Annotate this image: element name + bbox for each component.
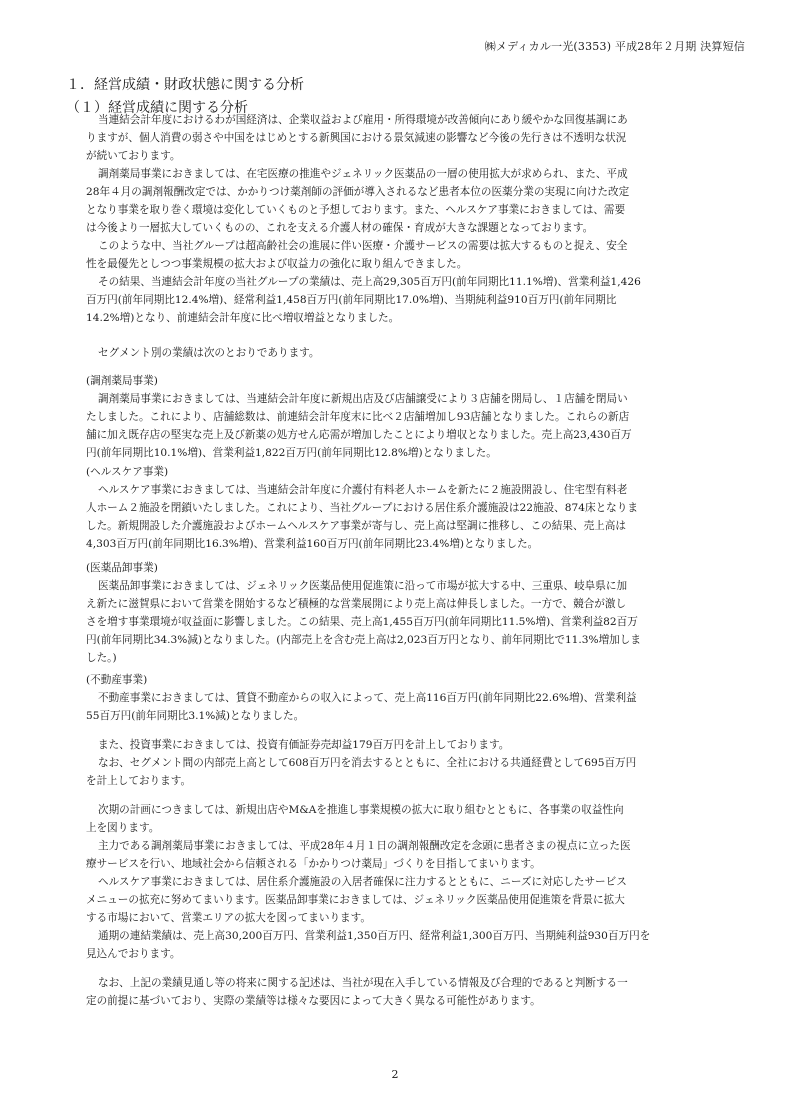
body-line: (不動産事業) xyxy=(86,673,726,687)
body-line: なお、セグメント間の内部売上高として608百万円を消去するとともに、全社における… xyxy=(98,756,738,770)
page-number: 2 xyxy=(0,1068,790,1081)
document-header: ㈱メディカル一光(3353) 平成28年２月期 決算短信 xyxy=(485,38,745,54)
body-line: メニューの拡充に努めてまいります。医薬品卸事業におきましては、ジェネリック医薬品… xyxy=(86,893,726,907)
body-line: さを増す事業環境が収益面に影響しました。この結果、売上高1,455百万円(前年同… xyxy=(86,615,726,629)
body-line: 百万円(前年同期比12.4%増)、経常利益1,458百万円(前年同期比17.0%… xyxy=(86,293,726,307)
body-line: 医薬品卸事業におきましては、ジェネリック医薬品使用促進策に沿って市場が拡大する中… xyxy=(98,579,738,593)
body-line: 通期の連結業績は、売上高30,200百万円、営業利益1,350百万円、経常利益1… xyxy=(98,929,738,943)
body-line: した。) xyxy=(86,651,726,665)
body-line: 人ホーム２施設を閉鎖いたしました。これにより、当社グループにおける居住系介護施設… xyxy=(86,501,726,515)
body-line: となり事業を取り巻く環境は変化していくものと予想しております。また、ヘルスケア事… xyxy=(86,203,726,217)
body-line: ヘルスケア事業におきましては、当連結会計年度に介護付有料老人ホームを新たに２施設… xyxy=(98,483,738,497)
body-line: 14.2%増)となり、前連結会計年度に比べ増収増益となりました。 xyxy=(86,311,726,325)
body-line: 28年４月の調剤報酬改定では、かかりつけ薬剤師の評価が導入されるなど患者本位の医… xyxy=(86,185,726,199)
body-line: 当連結会計年度におけるわが国経済は、企業収益および雇用・所得環境が改善傾向にあり… xyxy=(98,113,738,127)
body-line: 次期の計画につきましては、新規出店やM&Aを推進し事業規模の拡大に取り組むととも… xyxy=(98,803,738,817)
body-line: が続いております。 xyxy=(86,149,726,163)
body-line: また、投資事業におきましては、投資有価証券売却益179百万円を計上しております。 xyxy=(98,738,738,752)
body-line: たしました。これにより、店舗総数は、前連結会計年度末に比べ２店舗増加し93店舗と… xyxy=(86,410,726,424)
body-line: りますが、個人消費の弱さや中国をはじめとする新興国における景気減速の影響など今後… xyxy=(86,131,726,145)
body-line: (医薬品卸事業) xyxy=(86,561,726,575)
body-line: 不動産事業におきましては、賃貸不動産からの収入によって、売上高116百万円(前年… xyxy=(98,691,738,705)
body-line: 性を最優先としつつ事業規模の拡大および収益力の強化に取り組んできました。 xyxy=(86,257,726,271)
body-line: は今後より一層拡大していくものの、これを支える介護人材の確保・育成が大きな課題と… xyxy=(86,221,726,235)
body-line: 55百万円(前年同期比3.1%減)となりました。 xyxy=(86,709,726,723)
body-line: (調剤薬局事業) xyxy=(86,374,726,388)
body-line: その結果、当連結会計年度の当社グループの業績は、売上高29,305百万円(前年同… xyxy=(98,275,738,289)
body-line: 円(前年同期比10.1%増)、営業利益1,822百万円(前年同期比12.8%増)… xyxy=(86,446,726,460)
body-line: を計上しております。 xyxy=(86,774,726,788)
body-line: ヘルスケア事業におきましては、居住系介護施設の入居者確保に注力するとともに、ニー… xyxy=(98,875,738,889)
body-line: する市場において、営業エリアの拡大を図ってまいります。 xyxy=(86,911,726,925)
body-line: セグメント別の業績は次のとおりであります。 xyxy=(98,346,738,360)
body-line: え新たに滋賀県において営業を開始するなど積極的な営業展開により売上高は伸長しまし… xyxy=(86,597,726,611)
section-heading: １．経営成績・財政状態に関する分析 xyxy=(66,74,304,94)
body-line: 調剤薬局事業におきましては、当連結会計年度に新規出店及び店舗譲受により３店舗を開… xyxy=(98,392,738,406)
body-line: 円(前年同期比34.3%減)となりました。(内部売上を含む売上高は2,023百万… xyxy=(86,633,726,647)
document-page: ㈱メディカル一光(3353) 平成28年２月期 決算短信 １．経営成績・財政状態… xyxy=(0,0,790,1118)
body-line: した。新規開設した介護施設およびホームヘルスケア事業が寄与し、売上高は堅調に推移… xyxy=(86,519,726,533)
body-line: 見込んでおります。 xyxy=(86,947,726,961)
body-line: (ヘルスケア事業) xyxy=(86,465,726,479)
body-line: このような中、当社グループは超高齢社会の進展に伴い医療・介護サービスの需要は拡大… xyxy=(98,239,738,253)
body-line: 舗に加え既存店の堅実な売上及び新薬の処方せん応需が増加したことにより増収となりま… xyxy=(86,428,726,442)
body-line: なお、上記の業績見通し等の将来に関する記述は、当社が現在入手している情報及び合理… xyxy=(98,976,738,990)
body-line: 調剤薬局事業におきましては、在宅医療の推進やジェネリック医薬品の一層の使用拡大が… xyxy=(98,167,738,181)
body-line: 療サービスを行い、地域社会から信頼される「かかりつけ薬局」づくりを目指してまいり… xyxy=(86,857,726,871)
body-line: 定の前提に基づいており、実際の業績等は様々な要因によって大きく異なる可能性があり… xyxy=(86,994,726,1008)
body-line: 4,303百万円(前年同期比16.3%増)、営業利益160百万円(前年同期比23… xyxy=(86,537,726,551)
body-line: 主力である調剤薬局事業におきましては、平成28年４月１日の調剤報酬改定を念頭に患… xyxy=(98,839,738,853)
body-line: 上を図ります。 xyxy=(86,821,726,835)
